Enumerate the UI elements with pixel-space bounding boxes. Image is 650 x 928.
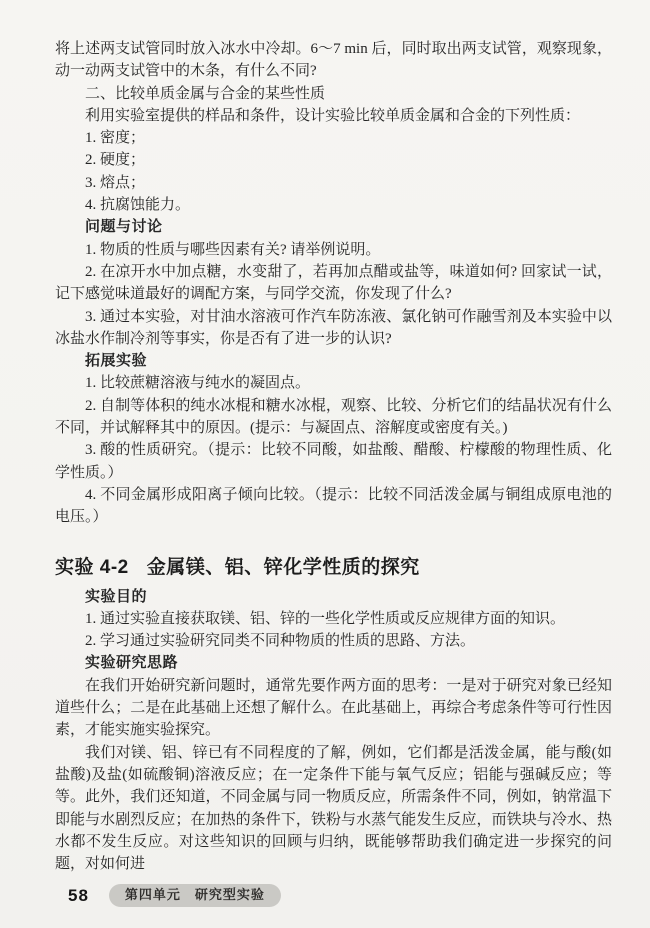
textbook-page: 将上述两支试管同时放入冰水中冷却。6～7 min 后，同时取出两支试管，观察现象…	[0, 0, 650, 928]
paragraph: 1. 通过实验直接获取镁、铝、锌的一些化学性质或反应规律方面的知识。	[55, 608, 612, 630]
sub-heading: 实验目的	[55, 586, 612, 608]
paragraph: 将上述两支试管同时放入冰水中冷却。6～7 min 后，同时取出两支试管，观察现象…	[55, 38, 612, 83]
paragraph: 4. 抗腐蚀能力。	[55, 194, 612, 216]
paragraph: 3. 通过本实验，对甘油水溶液可作汽车防冻液、氯化钠可作融雪剂及本实验中以冰盐水…	[55, 306, 612, 351]
page-footer: 58 第四单元 研究型实验	[68, 884, 281, 907]
paragraph: 在我们开始研究新问题时，通常先要作两方面的思考：一是对于研究对象已经知道些什么；…	[55, 675, 612, 742]
sub-heading: 实验研究思路	[55, 652, 612, 674]
experiment-title: 金属镁、铝、锌化学性质的探究	[147, 557, 420, 578]
sub-heading: 问题与讨论	[55, 216, 612, 238]
paragraph: 3. 酸的性质研究。（提示：比较不同酸，如盐酸、醋酸、柠檬酸的物理性质、化学性质…	[55, 439, 612, 484]
paragraph: 1. 比较蔗糖溶液与纯水的凝固点。	[55, 372, 612, 394]
paragraph: 2. 硬度；	[55, 149, 612, 171]
paragraph: 利用实验室提供的样品和条件，设计实验比较单质金属和合金的下列性质：	[55, 105, 612, 127]
experiment-section-heading: 实验 4-2金属镁、铝、锌化学性质的探究	[55, 554, 612, 581]
paragraph: 我们对镁、铝、锌已有不同程度的了解，例如，它们都是活泼金属，能与酸(如盐酸)及盐…	[55, 742, 612, 876]
page-number: 58	[68, 886, 89, 906]
paragraph: 2. 在凉开水中加点糖，水变甜了，若再加点醋或盐等，味道如何? 回家试一试，记下…	[55, 261, 612, 306]
paragraph: 3. 熔点；	[55, 172, 612, 194]
paragraph: 1. 密度；	[55, 127, 612, 149]
unit-badge: 第四单元 研究型实验	[109, 884, 281, 907]
paragraph: 2. 学习通过实验研究同类不同种物质的性质的思路、方法。	[55, 630, 612, 652]
experiment-number: 实验 4-2	[55, 557, 129, 578]
paragraph: 1. 物质的性质与哪些因素有关? 请举例说明。	[55, 239, 612, 261]
paragraph: 二、比较单质金属与合金的某些性质	[55, 83, 612, 105]
sub-heading: 拓展实验	[55, 350, 612, 372]
paragraph: 4. 不同金属形成阳离子倾向比较。（提示：比较不同活泼金属与铜组成原电池的电压。…	[55, 484, 612, 529]
page-content: 将上述两支试管同时放入冰水中冷却。6～7 min 后，同时取出两支试管，观察现象…	[55, 38, 612, 875]
paragraph: 2. 自制等体积的纯水冰棍和糖水冰棍，观察、比较、分析它们的结晶状况有什么不同，…	[55, 395, 612, 440]
